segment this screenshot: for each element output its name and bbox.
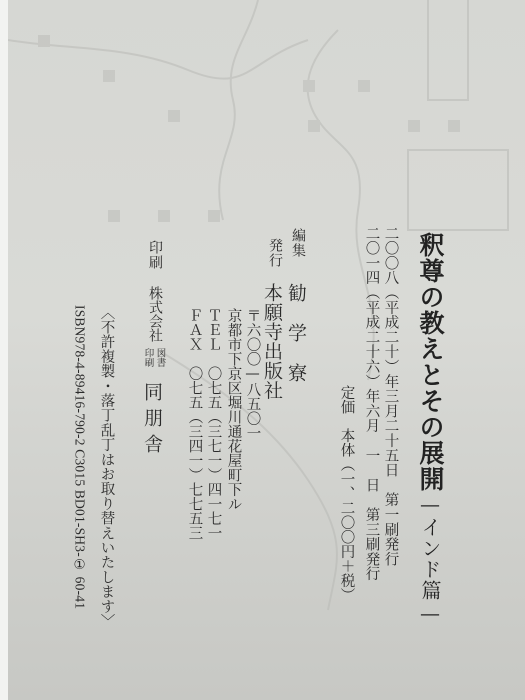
book-title: 釈尊の教えとその展開—インド篇— [418,232,443,626]
title-main: 釈尊の教えとその展開 [416,232,445,492]
publisher-postal-code: 〒六〇〇—八五〇一 [245,308,260,440]
publisher-name: 本願寺出版社 [262,283,281,400]
publisher-tel: ＴＥＬ 〇七五（三七一）四一七一 [206,308,221,540]
price-label: 定価 [339,385,355,414]
first-edition-date: 二〇〇八（平成二十）年三月二十五日 第一刷発行 [383,226,398,566]
printer-kind-bottom: 印刷 [143,348,153,367]
printer-kind-top: 図書 [155,348,165,367]
copyright-notice: 〈不許複製・落丁乱丁はお取り替えいたします〉 [99,305,114,628]
publisher-label: 発行 [268,238,282,268]
editor-name: 勧学寮 [286,283,305,403]
publisher-fax: ＦＡＸ 〇七五（三四一）七七五三 [187,308,202,540]
third-printing-date: 二〇一四（平成二十六）年六月 一 日 第三刷発行 [364,226,379,581]
isbn-line: ISBN978-4-89416-790-2 C3015 BD01-SH3-① 6… [73,305,87,609]
printer-label: 印刷 [148,240,162,270]
printer-company-prefix: 株式会社 [148,286,162,342]
price-value: 本体（一、二〇〇円＋税） [339,428,355,602]
title-subtitle: —インド篇— [418,492,442,626]
editor-label: 編集 [291,228,305,258]
printer-name: 同朋舎 [142,382,161,460]
publisher-address: 京都市下京区堀川通花屋町下ル [226,308,241,511]
price: 定価本体（一、二〇〇円＋税） [339,385,354,602]
printer-kind: 図書 印刷 [141,348,171,376]
